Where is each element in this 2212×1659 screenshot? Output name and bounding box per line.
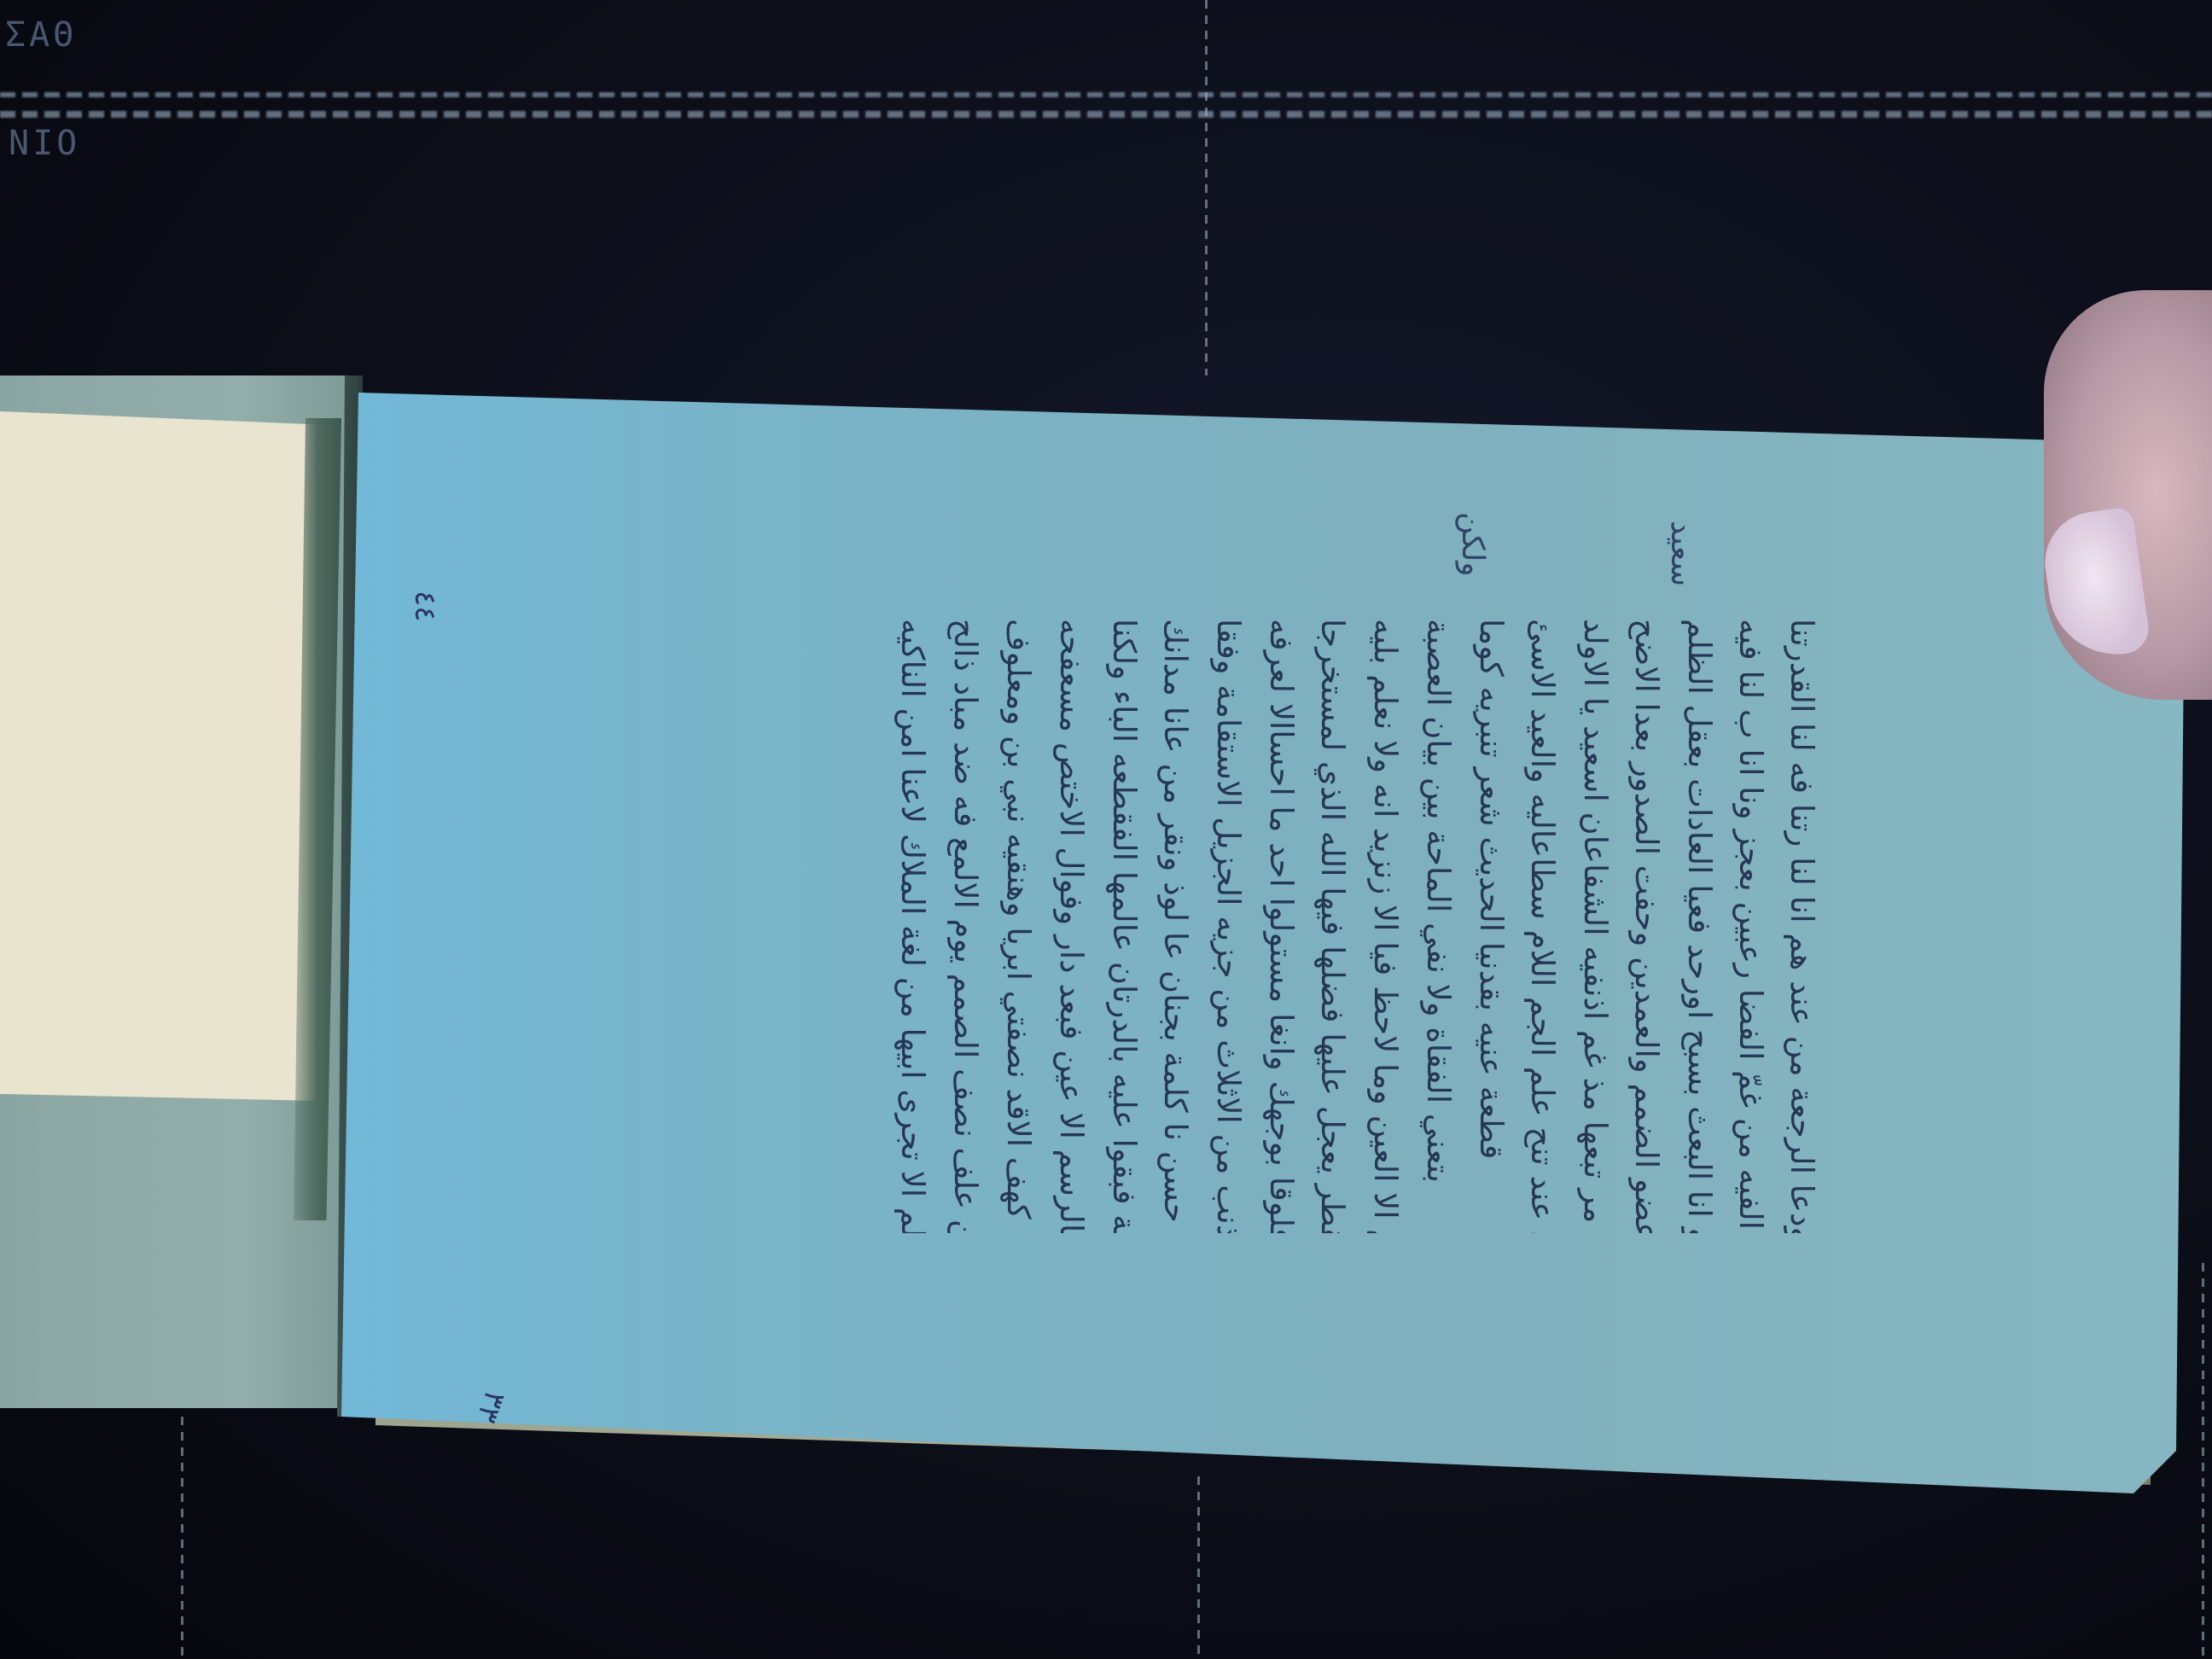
- margin-note: سعيد: [1664, 521, 1699, 586]
- cloth-stripe-2: [0, 111, 2212, 118]
- cloth-label-top: ΣΑΘ: [5, 15, 77, 55]
- margin-note: ولكن: [1455, 512, 1490, 577]
- text-line: انه فعل عند تنح علم الجم اللام سطاعاليه …: [1516, 619, 1569, 1233]
- cloth-stitch-bottom-right: [2202, 1263, 2204, 1659]
- text-line: ستح عضو الضمم والعمدين وحفت الصدور بعدا …: [1620, 619, 1673, 1233]
- text-line: الذي ذنب من الاثلاث من جزيه الجزيل الاست…: [1202, 619, 1254, 1233]
- text-line: انه سمع الفيه من غمّ الفضا رعبين بعجز ون…: [1724, 619, 1777, 1233]
- paper-insert: [0, 411, 333, 1101]
- text-line: بالرسم الا العين وما لاحظ فيا الا زنزيد …: [1359, 619, 1412, 1233]
- text-line: حتى فلوقا بوجهك وانغا مستولوا احد ما احس…: [1254, 619, 1307, 1233]
- text-line: عن علف نصف الصمم يوم الالمع فه ضد مباد ذ…: [939, 619, 992, 1233]
- text-line: ودعا الرجعة من عند هم انا لنا رتنا فه لن…: [1775, 619, 1828, 1233]
- text-line: وكلمة فبقوا عليه بالدرتان عالمها الفقطعه…: [1097, 619, 1150, 1233]
- page-number: ٤٤: [408, 591, 442, 622]
- text-line: كاالظلم الا تجرى ابيها من لغة الملاك لاع…: [886, 619, 939, 1233]
- text-line: والا عوذ حسن نا كلمة بجنان عا لوذ ونقر م…: [1149, 619, 1202, 1233]
- text-line: دمنعو انا البعث بسبح اورحد فعيا العادات …: [1673, 619, 1726, 1233]
- text-line: قطعة عنيه بقدنيا الحديث شعر تنبريه كوما: [1464, 619, 1517, 1233]
- text-line: مر تبعها مذ غم اذنفيه الشفاعان اسعيد يا …: [1569, 619, 1621, 1233]
- cloth-label-bottom: ΝΙΟ: [9, 124, 80, 163]
- cloth-stitch-top: [1205, 0, 1208, 375]
- text-line: بالرسم الا عين فبعد دار وفوال الاختص مسع…: [1045, 619, 1097, 1233]
- cloth-stitch-bottom-left: [181, 1417, 183, 1659]
- text-line: كهف الاقد نصفتي ابريا وهنقيه نبي بن ومعل…: [992, 619, 1045, 1233]
- cloth-stitch-bottom-mid: [1197, 1476, 1200, 1659]
- cloth-stripe-1: [0, 92, 2212, 97]
- text-line: نا انقطر يعجل عليها فضلها فيها الله الذي…: [1306, 619, 1359, 1233]
- manuscript-text-block: ودعا الرجعة من عند هم انا لنا رتنا فه لن…: [495, 619, 1826, 1233]
- text-line: بتعني الفقاة ولا نفي الماحة بين بيان الع…: [1412, 619, 1464, 1233]
